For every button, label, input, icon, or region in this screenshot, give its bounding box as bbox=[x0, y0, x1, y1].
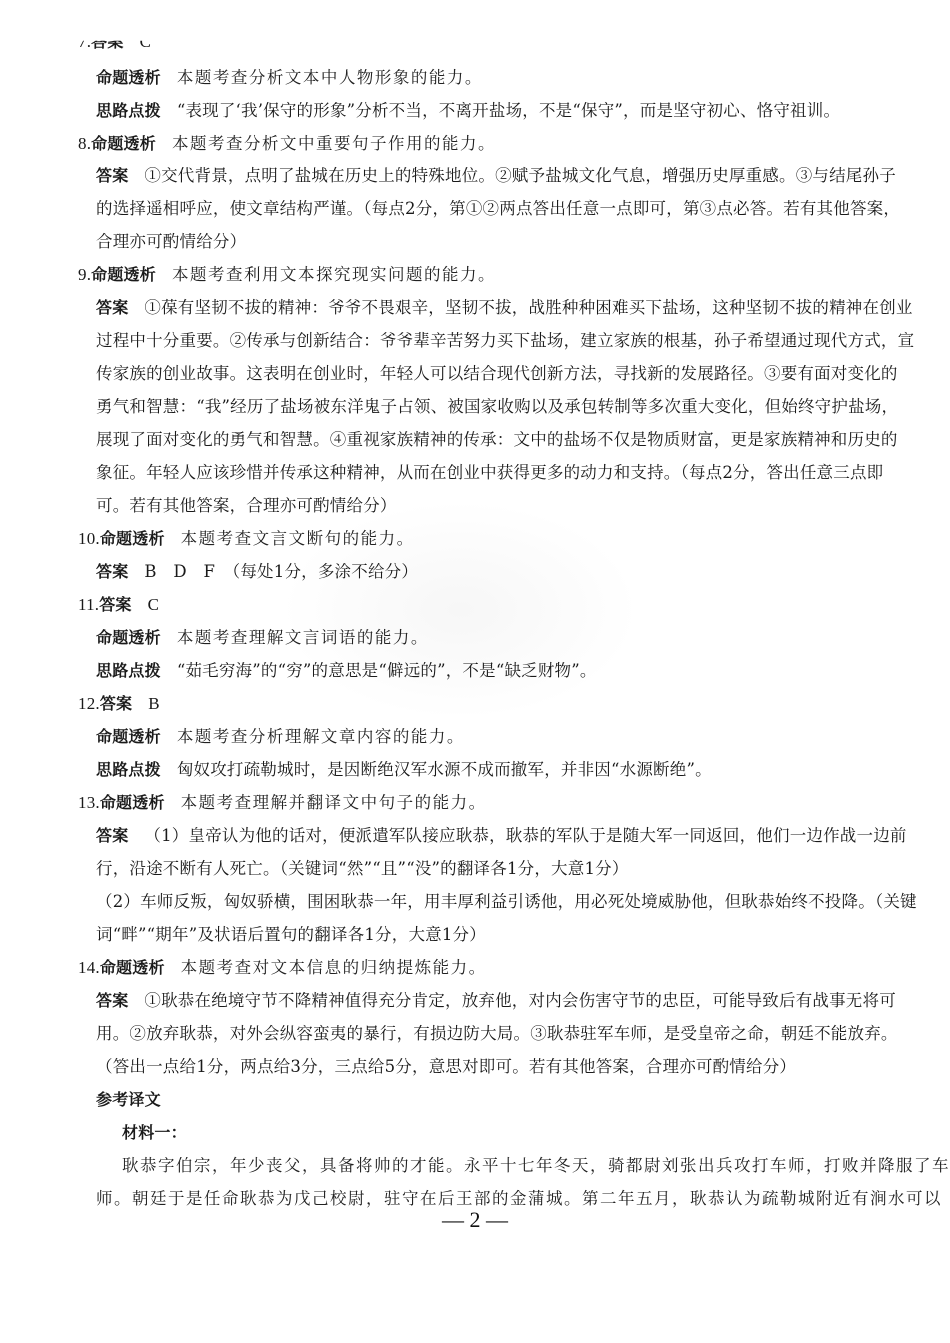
q9-answer-line-5: 展现了面对变化的勇气和智慧。④重视家族精神的传承：文中的盐场不仅是物质财富，更是… bbox=[96, 428, 898, 452]
q8-answer-line-3: 合理亦可酌情给分） bbox=[96, 230, 246, 254]
q8-answer-line-2: 的选择遥相呼应，使文章结构严谨。（每点2分，第①②两点答出任意一点即可，第③点必… bbox=[96, 197, 900, 221]
q14-analysis: 14.命题透析本题考查对文本信息的归纳提炼能力。 bbox=[78, 956, 487, 980]
q12-hint: 思路点拨匈奴攻打疏勒城时，是因断绝汉军水源不成而撤军，并非因“水源断绝”。 bbox=[96, 758, 712, 782]
page-number: — 2 — bbox=[0, 1207, 950, 1233]
q11-analysis: 命题透析本题考查理解文言词语的能力。 bbox=[96, 626, 429, 650]
q9-answer-line-1: 答案①葆有坚韧不拔的精神：爷爷不畏艰辛，坚韧不拔，战胜种种困难买下盐场，这种坚韧… bbox=[96, 296, 913, 320]
q13-answer-line-3: （2）车师反叛，匈奴骄横，围困耿恭一年，用丰厚利益引诱他，用必死处境威胁他，但耿… bbox=[96, 890, 917, 914]
q11-answer: 11.答案C bbox=[78, 593, 159, 617]
q14-answer-line-1: 答案①耿恭在绝境守节不降精神值得充分肯定，放弃他，对内会伤害守节的忠臣，可能导致… bbox=[96, 989, 896, 1013]
q8-answer-line-1: 答案①交代背景，点明了盐城在历史上的特殊地位。②赋予盐城文化气息，增强历史厚重感… bbox=[96, 164, 896, 188]
q13-analysis: 13.命题透析本题考查理解并翻译文中句子的能力。 bbox=[78, 791, 487, 815]
q12-analysis: 命题透析本题考查分析理解文章内容的能力。 bbox=[96, 725, 465, 749]
material-1-heading: 材料一： bbox=[122, 1121, 203, 1145]
q9-answer-line-2: 过程中十分重要。②传承与创新结合：爷爷辈辛苦努力买下盐场，建立家族的根基，孙子希… bbox=[96, 329, 914, 353]
q9-answer-line-7: 可。若有其他答案，合理亦可酌情给分） bbox=[96, 494, 397, 518]
q9-answer-line-3: 传家族的创业故事。这表明在创业时，年轻人可以结合现代创新方法，寻找新的发展路径。… bbox=[96, 362, 898, 386]
q9-answer-line-6: 象征。年轻人应该珍惜并传承这种精神，从而在创业中获得更多的动力和支持。（每点2分… bbox=[96, 461, 883, 485]
q7-analysis: 命题透析本题考查分析文本中人物形象的能力。 bbox=[96, 66, 483, 90]
q9-analysis: 9.命题透析本题考查利用文本探究现实问题的能力。 bbox=[78, 263, 496, 287]
q14-answer-line-3: （答出一点给1分，两点给3分，三点给5分，意思对即可。若有其他答案，合理亦可酌情… bbox=[96, 1055, 796, 1079]
q12-answer: 12.答案B bbox=[78, 692, 160, 716]
q7-hint: 思路点拨“表现了‘我’保守的形象”分析不当，不离开盐场，不是“保守”，而是坚守初… bbox=[96, 99, 840, 123]
q9-answer-line-4: 勇气和智慧：“我”经历了盐场被东洋鬼子占领、被国家收购以及承包转制等多次重大变化… bbox=[96, 395, 898, 419]
q11-hint: 思路点拨“茹毛穷海”的“穷”的意思是“僻远的”，不是“缺乏财物”。 bbox=[96, 659, 597, 683]
q13-answer-line-2: 行，沿途不断有人死亡。（关键词“然”“且”“没”的翻译各1分，大意1分） bbox=[96, 857, 629, 881]
q10-answer: 答案B D F （每处1分，多涂不给分） bbox=[96, 560, 418, 584]
q14-answer-line-2: 用。②放弃耿恭，对外会纵容蛮夷的暴行，有损边防大局。③耿恭驻军车师，是受皇帝之命… bbox=[96, 1022, 898, 1046]
document-page: 7.答案C 命题透析本题考查分析文本中人物形象的能力。 思路点拨“表现了‘我’保… bbox=[0, 0, 950, 1343]
q13-answer-line-1: 答案（1）皇帝认为他的话对，便派遣军队接应耿恭，耿恭的军队于是随大军一同返回，他… bbox=[96, 824, 907, 848]
q7-answer-line: 7.答案C bbox=[78, 30, 151, 54]
translation-line-1: 耿恭字伯宗，年少丧父，具备将帅的才能。永平十七年冬天，骑都尉刘张出兵攻打车师，打… bbox=[122, 1154, 950, 1178]
translation-heading: 参考译文 bbox=[96, 1088, 177, 1112]
q8-analysis: 8.命题透析本题考查分析文中重要句子作用的能力。 bbox=[78, 132, 496, 156]
q13-answer-line-4: 词“畔”“期年”及状语后置句的翻译各1分，大意1分） bbox=[96, 923, 486, 947]
q10-analysis: 10.命题透析本题考查文言文断句的能力。 bbox=[78, 527, 415, 551]
